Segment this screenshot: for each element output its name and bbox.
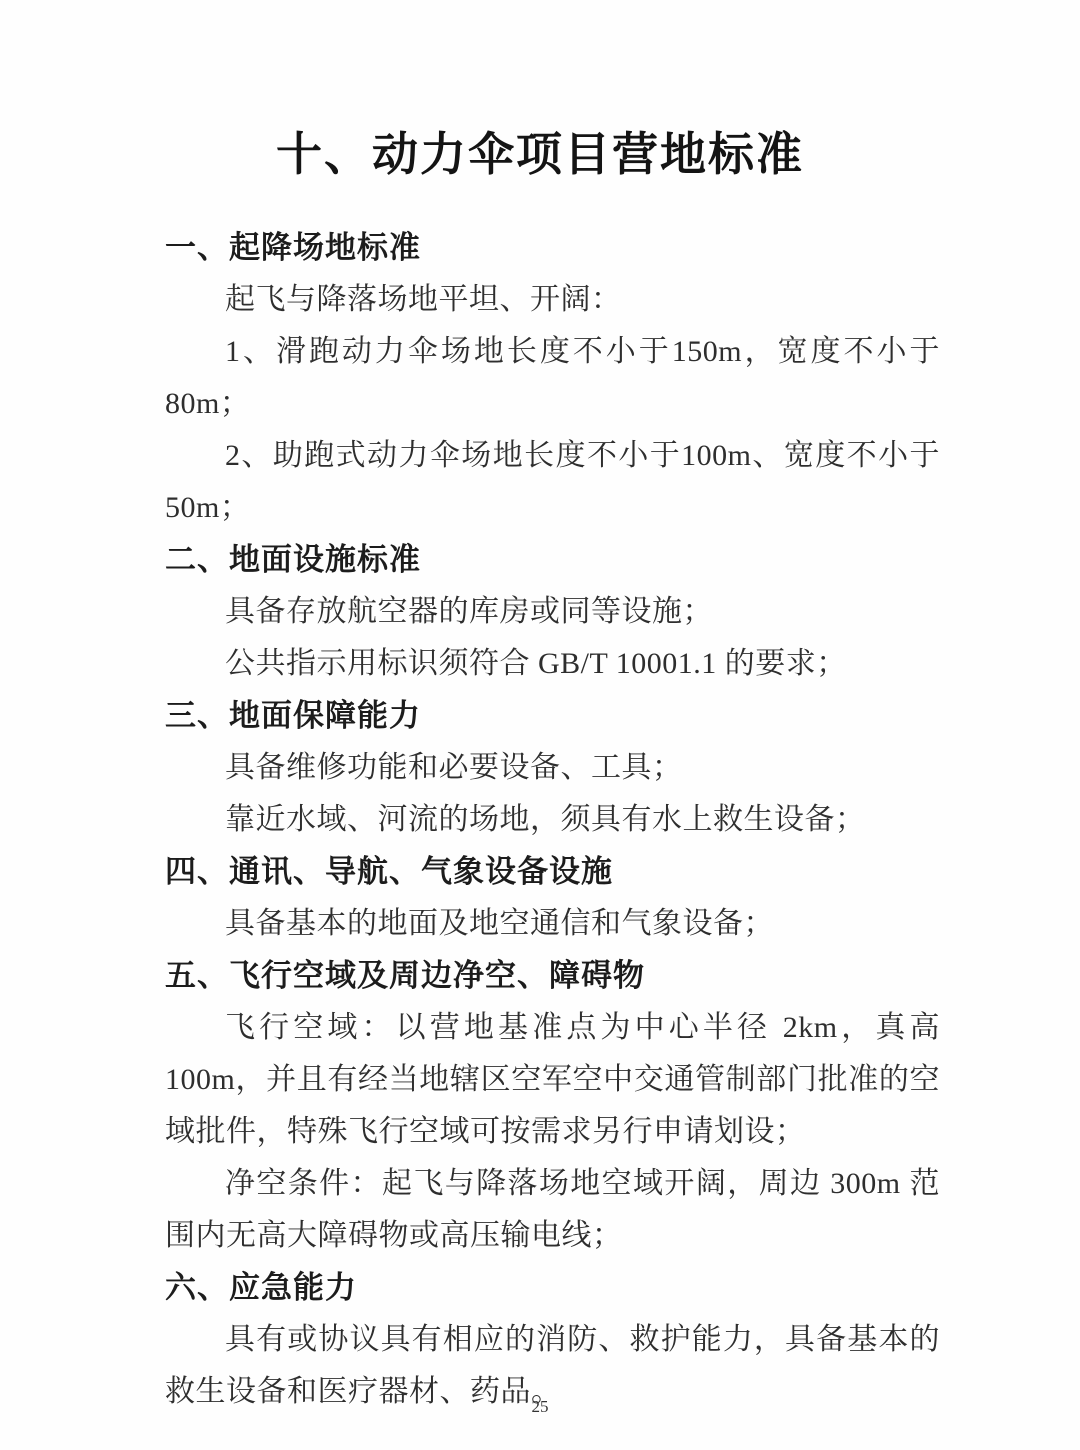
section-heading: 二、地面设施标准 [165,534,940,586]
body-paragraph: 公共指示用标识须符合 GB/T 10001.1 的要求； [165,638,940,690]
body-paragraph: 具备维修功能和必要设备、工具； [165,742,940,794]
page-title: 十、动力伞项目营地标准 [0,126,1080,182]
body-paragraph: 靠近水域、河流的场地，须具有水上救生设备； [165,794,940,846]
section-heading: 三、地面保障能力 [165,690,940,742]
body-paragraph: 1、滑跑动力伞场地长度不小于150m，宽度不小于80m； [165,326,940,430]
body-paragraph: 起飞与降落场地平坦、开阔： [165,274,940,326]
body-paragraph: 净空条件：起飞与降落场地空域开阔，周边 300m 范围内无高大障碍物或高压输电线… [165,1158,940,1262]
body-paragraph: 具备存放航空器的库房或同等设施； [165,586,940,638]
section-heading: 六、应急能力 [165,1262,940,1314]
section-heading: 四、通讯、导航、气象设备设施 [165,846,940,898]
section-heading: 五、飞行空域及周边净空、障碍物 [165,950,940,1002]
body-paragraph: 具备基本的地面及地空通信和气象设备； [165,898,940,950]
body-paragraph: 2、助跑式动力伞场地长度不小于100m、宽度不小于50m； [165,430,940,534]
section-heading: 一、起降场地标准 [165,222,940,274]
body-paragraph: 飞行空域：以营地基准点为中心半径 2km，真高 100m，并且有经当地辖区空军空… [165,1002,940,1158]
document-page: 十、动力伞项目营地标准 一、起降场地标准起飞与降落场地平坦、开阔：1、滑跑动力伞… [0,0,1080,1450]
page-number: 25 [0,1396,1080,1418]
document-body: 一、起降场地标准起飞与降落场地平坦、开阔：1、滑跑动力伞场地长度不小于150m，… [165,222,940,1418]
